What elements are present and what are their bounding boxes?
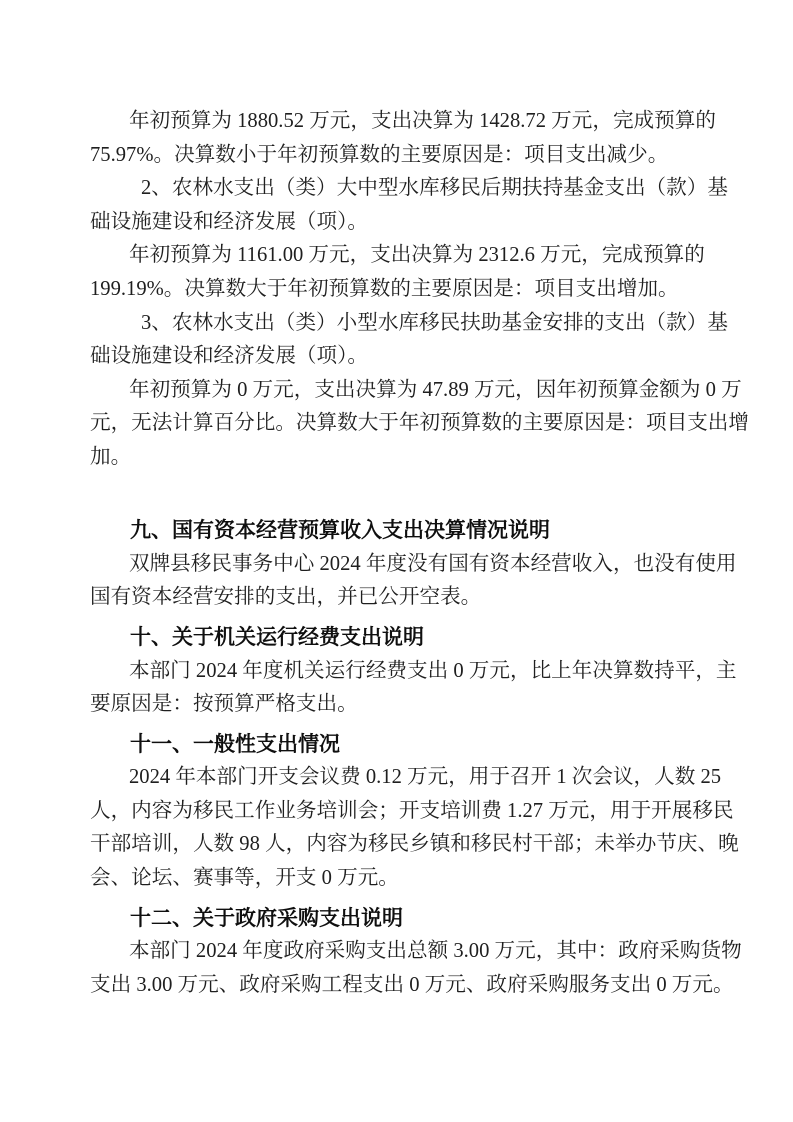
section-heading: 十二、关于政府采购支出说明 [90,902,687,936]
paragraph: 2024 年本部门开支会议费 0.12 万元，用于召开 1 次会议，人数 25人… [90,761,687,895]
paragraph: 3、农林水支出（类）小型水库移民扶助基金安排的支出（款）基础设施建设和经济发展（… [90,307,687,374]
section-heading: 十、关于机关运行经费支出说明 [90,621,687,655]
paragraph-line: 本部门 2024 年度政府采购支出总额 3.00 万元，其中：政府采购货物 [90,935,687,969]
paragraph-line: 2、农林水支出（类）大中型水库移民后期扶持基金支出（款）基 [90,172,687,206]
paragraph-line: 元，无法计算百分比。决算数大于年初预算数的主要原因是：项目支出增 [90,407,687,441]
paragraph-line: 干部培训，人数 98 人，内容为移民乡镇和移民村干部；未举办节庆、晚 [90,828,687,862]
paragraph-line: 人，内容为移民工作业务培训会；开支培训费 1.27 万元，用于开展移民 [90,795,687,829]
paragraph: 年初预算为 0 万元，支出决算为 47.89 万元，因年初预算金额为 0 万元，… [90,374,687,475]
section-heading: 九、国有资本经营预算收入支出决算情况说明 [90,514,687,548]
paragraph: 双牌县移民事务中心 2024 年度没有国有资本经营收入，也没有使用国有资本经营安… [90,548,687,615]
paragraph: 年初预算为 1161.00 万元，支出决算为 2312.6 万元，完成预算的19… [90,239,687,306]
document-content: 年初预算为 1880.52 万元，支出决算为 1428.72 万元，完成预算的7… [90,105,687,1002]
paragraph-line: 年初预算为 1880.52 万元，支出决算为 1428.72 万元，完成预算的 [90,105,687,139]
paragraph-line: 年初预算为 0 万元，支出决算为 47.89 万元，因年初预算金额为 0 万 [90,374,687,408]
paragraph-line: 199.19%。决算数大于年初预算数的主要原因是：项目支出增加。 [90,273,687,307]
paragraph-line: 2024 年本部门开支会议费 0.12 万元，用于召开 1 次会议，人数 25 [90,761,687,795]
paragraph: 本部门 2024 年度机关运行经费支出 0 万元，比上年决算数持平，主要原因是：… [90,655,687,722]
paragraph-line: 加。 [90,441,687,475]
paragraph-line: 国有资本经营安排的支出，并已公开空表。 [90,581,687,615]
paragraph-line: 年初预算为 1161.00 万元，支出决算为 2312.6 万元，完成预算的 [90,239,687,273]
paragraph-line: 础设施建设和经济发展（项）。 [90,206,687,240]
paragraph-line: 本部门 2024 年度机关运行经费支出 0 万元，比上年决算数持平，主 [90,655,687,689]
section-heading: 十一、一般性支出情况 [90,728,687,762]
paragraph-line: 75.97%。决算数小于年初预算数的主要原因是：项目支出减少。 [90,139,687,173]
paragraph-line: 会、论坛、赛事等，开支 0 万元。 [90,862,687,896]
document-page: 年初预算为 1880.52 万元，支出决算为 1428.72 万元，完成预算的7… [0,0,793,1122]
paragraph-line: 础设施建设和经济发展（项）。 [90,340,687,374]
paragraph-line: 支出 3.00 万元、政府采购工程支出 0 万元、政府采购服务支出 0 万元。 [90,969,687,1003]
paragraph-line: 要原因是：按预算严格支出。 [90,688,687,722]
paragraph: 本部门 2024 年度政府采购支出总额 3.00 万元，其中：政府采购货物支出 … [90,935,687,1002]
paragraph: 年初预算为 1880.52 万元，支出决算为 1428.72 万元，完成预算的7… [90,105,687,172]
paragraph-line: 双牌县移民事务中心 2024 年度没有国有资本经营收入，也没有使用 [90,548,687,582]
paragraph-line: 3、农林水支出（类）小型水库移民扶助基金安排的支出（款）基 [90,307,687,341]
paragraph: 2、农林水支出（类）大中型水库移民后期扶持基金支出（款）基础设施建设和经济发展（… [90,172,687,239]
blank-line-spacer [90,475,687,509]
